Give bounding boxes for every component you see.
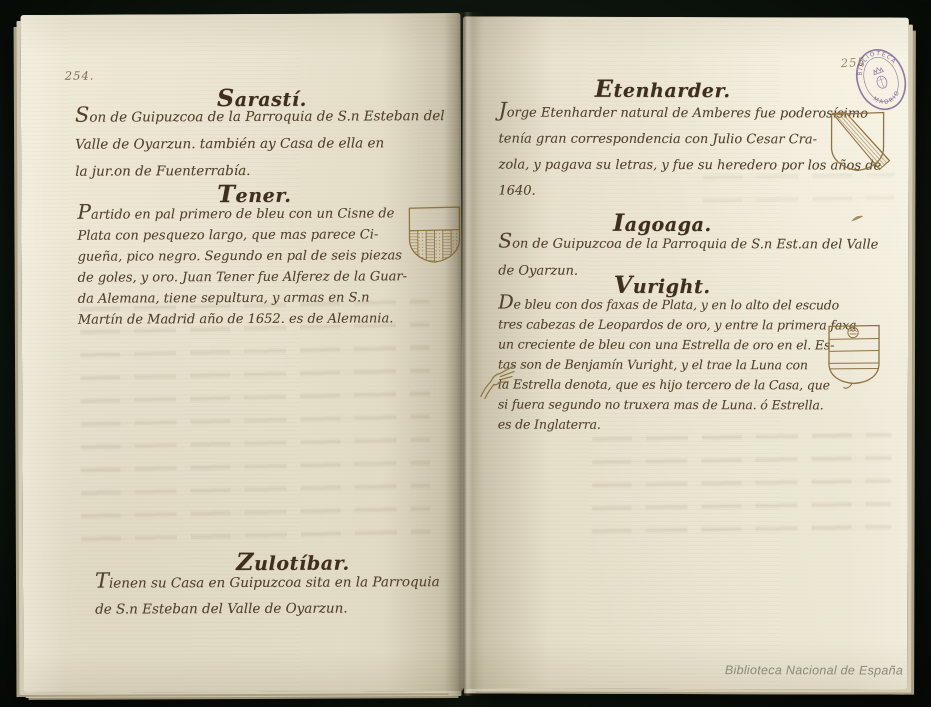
folio-number-left: 254.: [65, 69, 95, 83]
ink-flourish-mark: [850, 209, 866, 228]
entry-body-sarasti: Son de Guipuzcoa de la Parroquia de S.n …: [75, 103, 445, 186]
heraldic-shield-fesses-crescent-icon: [826, 323, 884, 395]
entry-body-etenharder: Jorge Etenharder natural de Amberes fue …: [498, 101, 881, 206]
book-scan: 254. Sarastí. Son de Guipuzcoa de la Par…: [0, 0, 931, 707]
entry-body-tener: Partido en pal primero de bleu con un Ci…: [77, 203, 407, 330]
pointing-hand-manicule-icon: [478, 354, 520, 404]
left-page: 254. Sarastí. Son de Guipuzcoa de la Par…: [21, 13, 464, 693]
ghost-text-block: [80, 295, 431, 549]
entry-body-zulotibar: Tienen su Casa en Guipuzcoa sita en la P…: [95, 569, 440, 623]
folio-number-right: 255: [840, 55, 866, 71]
right-page: BIBLIOTECA MADRID 255 Etenharder. Jorge …: [461, 16, 909, 689]
entry-body-vuright: De bleu con dos faxas de Plata, y en lo …: [498, 295, 857, 436]
entry-heading-etenharder: Etenharder.: [563, 75, 763, 104]
heraldic-shield-paly-icon: [407, 205, 461, 269]
ghost-text-block: [592, 427, 892, 540]
bne-watermark: Biblioteca Nacional de España: [697, 663, 903, 678]
heraldic-shield-bend-icon: [828, 109, 890, 179]
